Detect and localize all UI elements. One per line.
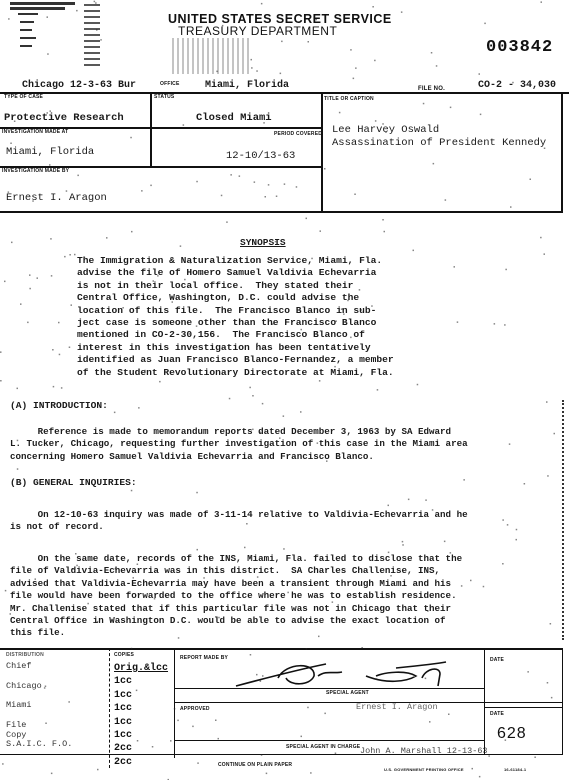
divider (561, 92, 563, 212)
divider (174, 688, 484, 689)
divider (484, 707, 563, 708)
date2-value: 628 (497, 725, 527, 743)
distribution-label: DISTRIBUTION (6, 652, 44, 658)
office-value: Miami, Florida (205, 80, 289, 91)
period-covered-value: 12-10/13-63 (226, 150, 295, 162)
origin-line: Chicago 12-3-63 Bur (22, 80, 136, 91)
signature-report-made-by (226, 656, 486, 692)
divider (174, 648, 175, 758)
date2-label: DATE (490, 711, 504, 717)
stamp-smudge (172, 38, 252, 74)
introduction-body: Reference is made to memorandum reports … (10, 426, 468, 463)
saic-label: SPECIAL AGENT IN CHARGE (286, 744, 360, 750)
margin-mark (562, 400, 566, 640)
status-value: Closed Miami (196, 112, 272, 124)
copies-label: COPIES (114, 652, 134, 658)
report-made-by-label: REPORT MADE BY (180, 655, 228, 661)
office-label: OFFICE (160, 81, 180, 87)
type-of-case-label: TYPE OF CASE (4, 94, 43, 100)
title-line-2: Assassination of President Kennedy (332, 137, 546, 149)
divider (0, 211, 563, 213)
type-of-case-value: Protective Research (4, 112, 124, 124)
investigation-made-at-label: INVESTIGATION MADE AT (2, 129, 68, 135)
routing-stamp-column (84, 4, 100, 70)
investigation-made-at-value: Miami, Florida (6, 146, 94, 158)
gpo-imprint: U.S. GOVERNMENT PRINTING OFFICE (384, 767, 464, 772)
investigation-made-by-label: INVESTIGATION MADE BY (2, 168, 69, 174)
status-label: STATUS (154, 94, 174, 100)
divider (562, 648, 563, 754)
continue-on-plain-paper: CONTINUE ON PLAIN PAPER (218, 762, 292, 768)
document-number: 003842 (486, 38, 553, 57)
divider (0, 754, 563, 755)
period-covered-label: PERIOD COVERED (274, 131, 322, 137)
divider (0, 648, 563, 650)
section-heading-general-inquiries: (B) GENERAL INQUIRIES: (10, 477, 137, 488)
divider (0, 92, 569, 94)
divider (150, 92, 152, 166)
general-inquiries-paragraph-2: On the same date, records of the INS, Mi… (10, 553, 462, 640)
divider (321, 92, 323, 212)
file-no-value: CO-2 - 34,030 (478, 80, 556, 91)
approved-label: APPROVED (180, 706, 210, 712)
synopsis-body: The Immigration & Naturalization Service… (77, 255, 394, 379)
department-name: TREASURY DEPARTMENT (178, 24, 337, 38)
divider (109, 648, 111, 768)
general-inquiries-paragraph-1: On 12-10-63 inquiry was made of 3-11-14 … (10, 509, 468, 534)
divider (484, 648, 485, 754)
title-line-1: Lee Harvey Oswald (332, 124, 439, 136)
title-label: TITLE OR CAPTION (324, 96, 374, 102)
divider (174, 740, 484, 741)
section-heading-introduction: (A) INTRODUCTION: (10, 400, 108, 411)
date-label: DATE (490, 657, 504, 663)
form-number: 16-61184-1 (504, 767, 526, 772)
special-agent-label: SPECIAL AGENT (326, 690, 369, 696)
approved-typed: Ernest I. Aragon (356, 702, 438, 712)
top-left-stamp (10, 2, 75, 47)
synopsis-heading: SYNOPSIS (240, 237, 286, 248)
investigation-made-by-value: Ernest I. Aragon (6, 192, 107, 204)
distribution-list: Chief Chicago Miami FileCopyS.A.I.C. F.O… (6, 662, 72, 750)
